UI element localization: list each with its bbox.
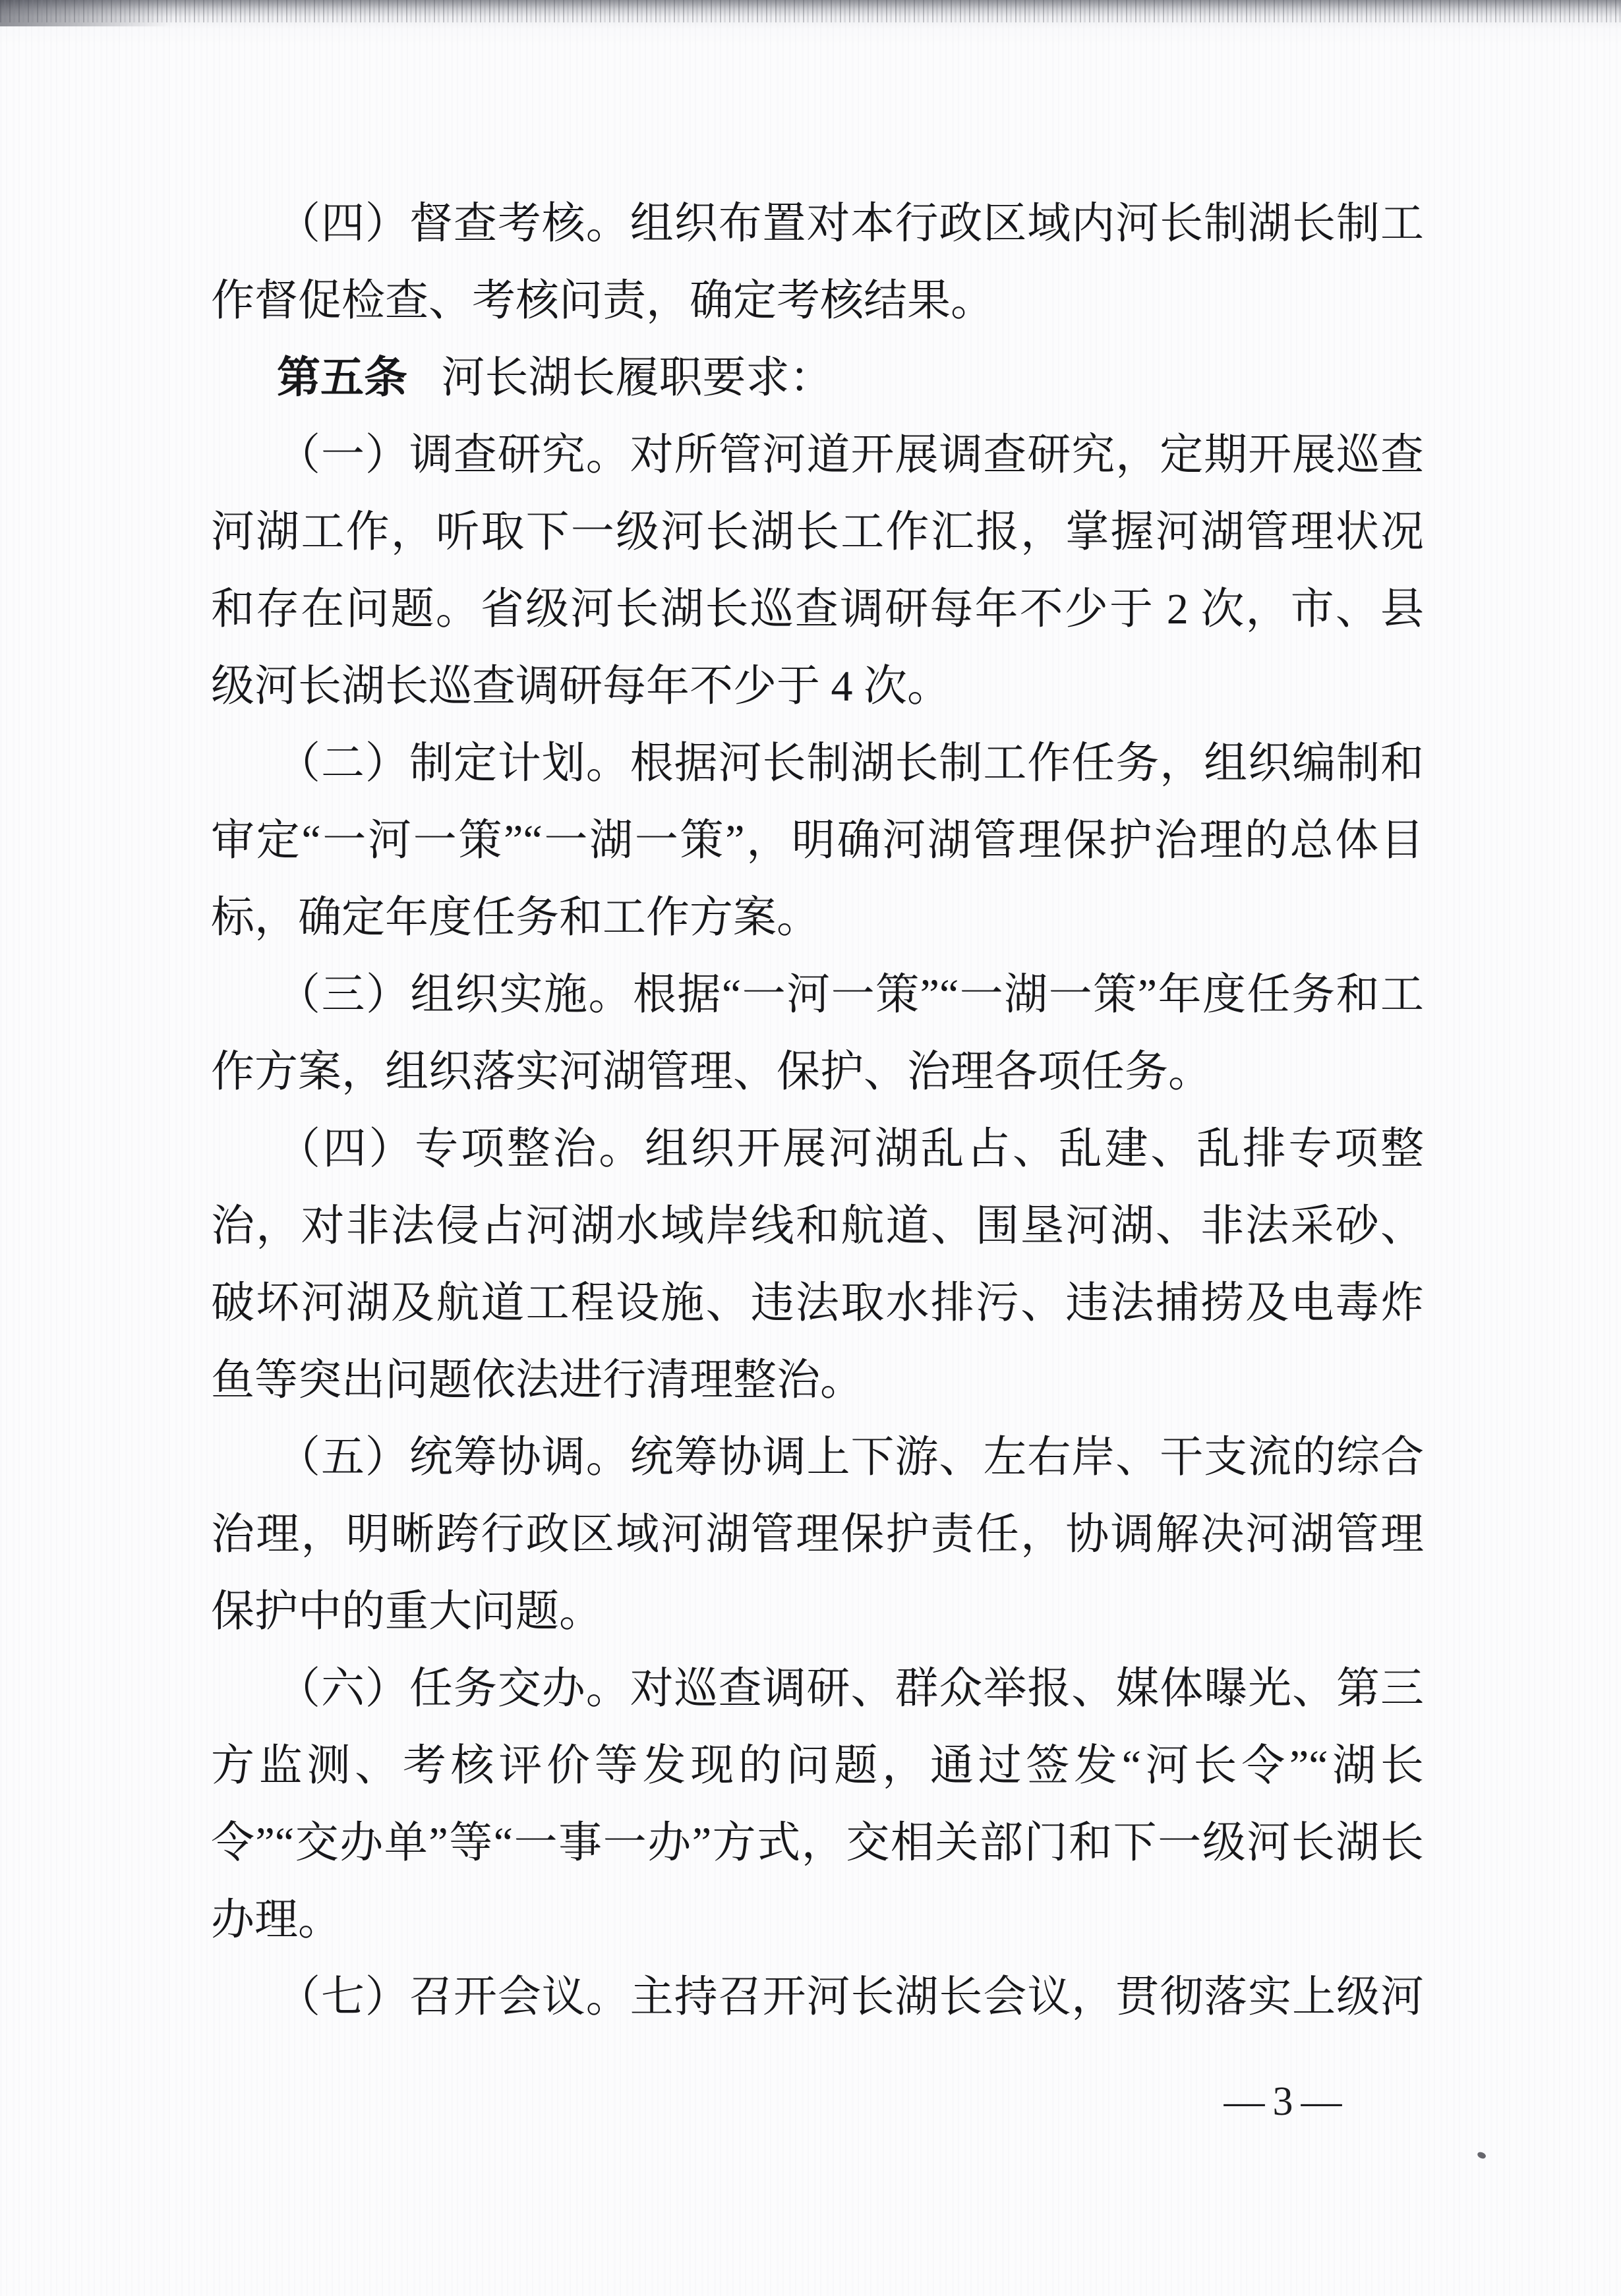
text-line: 标，确定年度任务和工作方案。 — [211, 879, 1424, 956]
text-line: 作方案，组织落实河湖管理、保护、治理各项任务。 — [211, 1033, 1424, 1110]
text-line: 级河长湖长巡查调研每年不少于 4 次。 — [211, 648, 1424, 725]
text-line: （二）制定计划。根据河长制湖长制工作任务，组织编制和 — [211, 725, 1424, 802]
text-line: 作督促检查、考核问责，确定考核结果。 — [211, 262, 1424, 339]
text-line: 方监测、考核评价等发现的问题，通过签发“河长令”“湖长 — [211, 1727, 1424, 1804]
text-line: （三）组织实施。根据“一河一策”“一湖一策”年度任务和工 — [211, 956, 1424, 1033]
text-line: 河湖工作，听取下一级河长湖长工作汇报，掌握河湖管理状况 — [211, 494, 1424, 571]
document-body: （四）督查考核。组织布置对本行政区域内河长制湖长制工 作督促检查、考核问责，确定… — [211, 185, 1424, 2036]
scanner-artifact-top-band — [0, 0, 1621, 46]
text-line: 保护中的重大问题。 — [211, 1573, 1424, 1650]
article-title: 河长湖长履职要求： — [441, 354, 833, 402]
text-line: 令”“交办单”等“一事一办”方式，交相关部门和下一级河长湖长 — [211, 1804, 1424, 1881]
page-number: —3— — [1208, 2065, 1366, 2138]
text-line: 治，对非法侵占河湖水域岸线和航道、围垦河湖、非法采砂、 — [211, 1188, 1424, 1265]
ink-speck-artifact — [1477, 2150, 1487, 2160]
text-line: 鱼等突出问题依法进行清理整治。 — [211, 1342, 1424, 1419]
document-page: （四）督查考核。组织布置对本行政区域内河长制湖长制工 作督促检查、考核问责，确定… — [0, 0, 1621, 2296]
text-line: 审定“一河一策”“一湖一策”，明确河湖管理保护治理的总体目 — [211, 802, 1424, 879]
article-heading-line: 第五条河长湖长履职要求： — [211, 339, 1424, 416]
text-line: （四）督查考核。组织布置对本行政区域内河长制湖长制工 — [211, 185, 1424, 262]
text-line: （四）专项整治。组织开展河湖乱占、乱建、乱排专项整 — [211, 1110, 1424, 1188]
text-line: （七）召开会议。主持召开河长湖长会议，贯彻落实上级河 — [211, 1959, 1424, 2036]
text-line: （六）任务交办。对巡查调研、群众举报、媒体曝光、第三 — [211, 1650, 1424, 1727]
text-line: 治理，明晰跨行政区域河湖管理保护责任，协调解决河湖管理 — [211, 1496, 1424, 1573]
text-line: 和存在问题。省级河长湖长巡查调研每年不少于 2 次，市、县 — [211, 571, 1424, 648]
article-number: 第五条 — [277, 354, 407, 402]
text-line: （五）统筹协调。统筹协调上下游、左右岸、干支流的综合 — [211, 1419, 1424, 1496]
text-line: （一）调查研究。对所管河道开展调查研究，定期开展巡查 — [211, 416, 1424, 494]
text-line: 破坏河湖及航道工程设施、违法取水排污、违法捕捞及电毒炸 — [211, 1265, 1424, 1342]
text-line: 办理。 — [211, 1881, 1424, 1959]
